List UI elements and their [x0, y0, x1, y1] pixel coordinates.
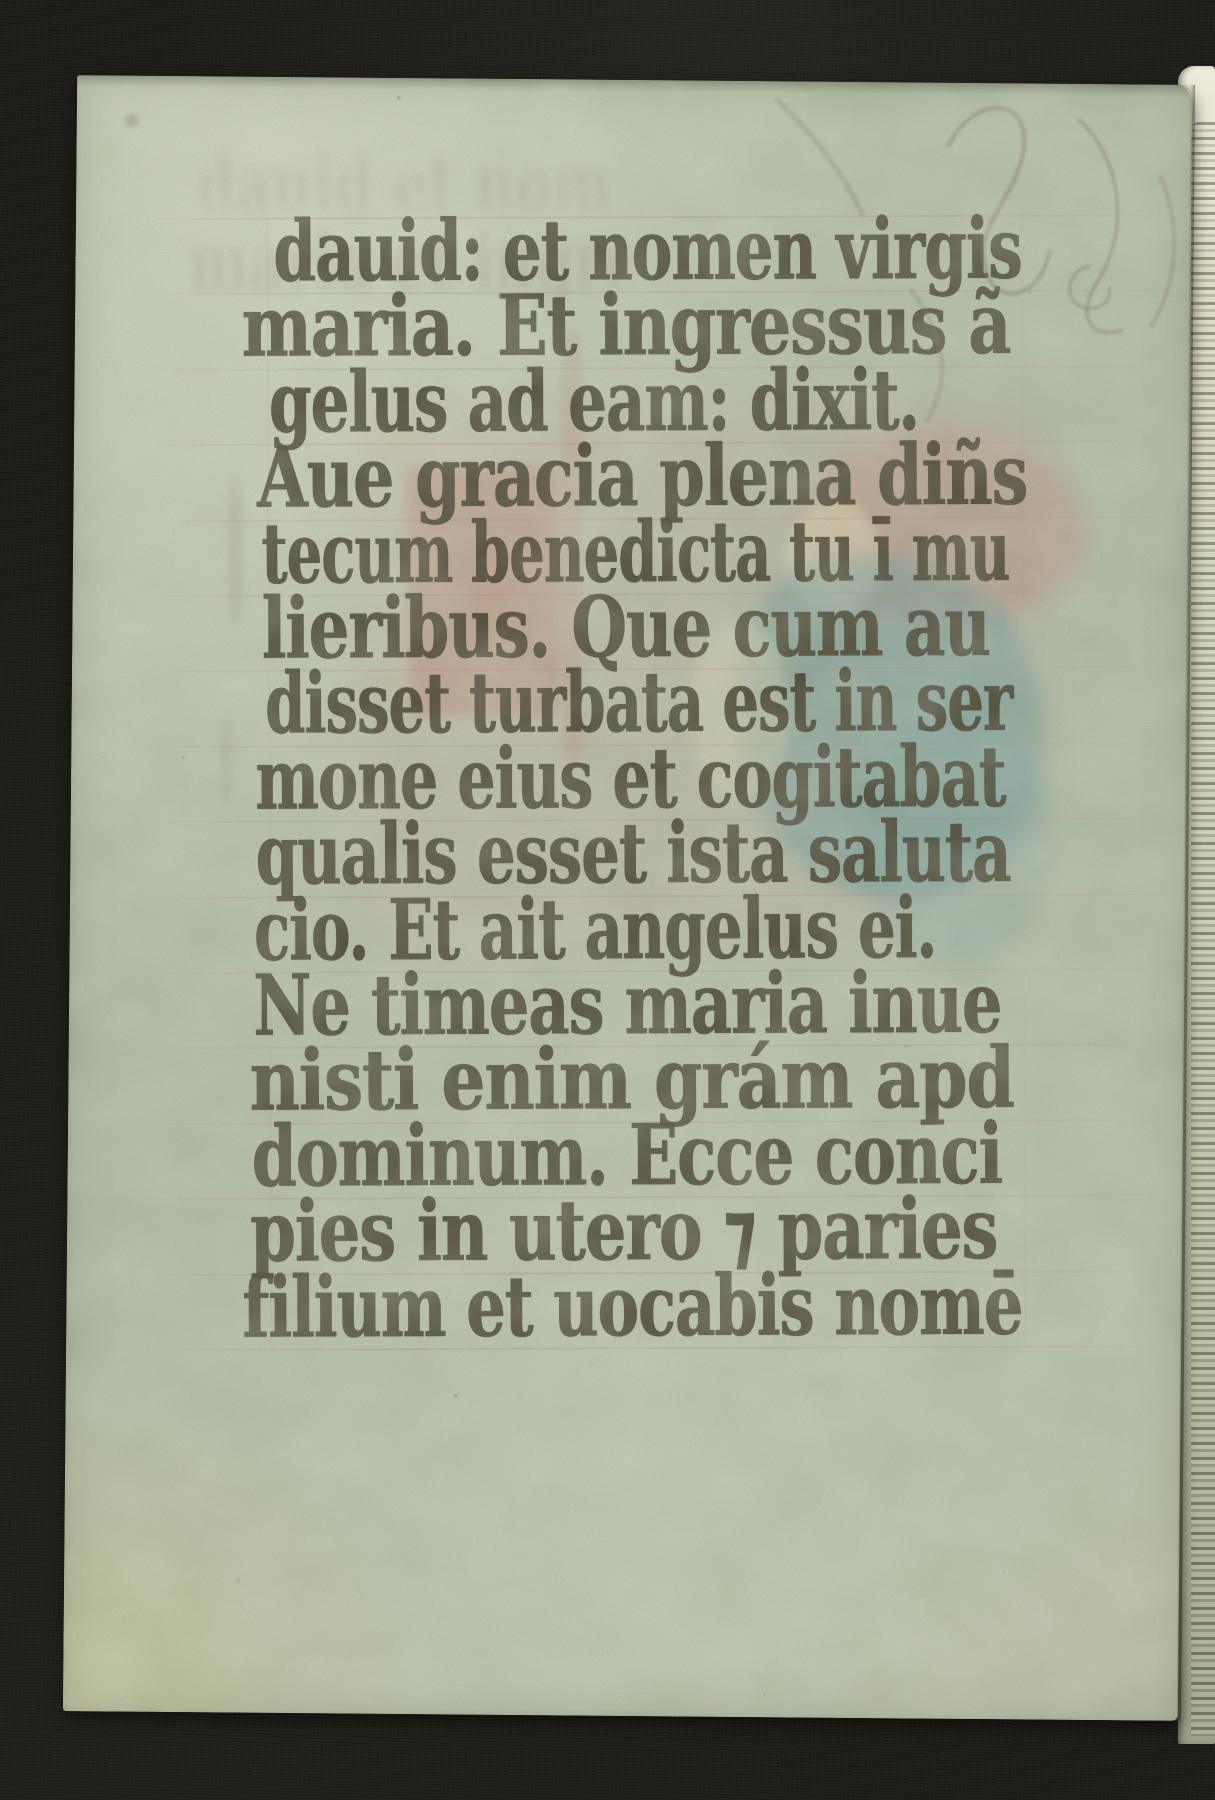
vellum-page: dauid et nommaria et ingre dauid: et nom…: [63, 75, 1192, 1721]
stain-speck: [181, 756, 184, 759]
stain-speck: [692, 1226, 696, 1230]
ink-smudge: [227, 474, 244, 624]
margin-rule: [1020, 215, 1026, 1346]
stain-speck: [125, 114, 139, 128]
manuscript-text-line: filium et uocabis nomē: [242, 1265, 1022, 1346]
foreedge-page-streaks: [1191, 122, 1215, 1736]
stain-speck: [397, 96, 401, 100]
writing-layer: dauid et nommaria et ingre dauid: et nom…: [68, 78, 1189, 1718]
stain-speck: [1028, 291, 1031, 294]
stain-speck: [905, 1044, 908, 1047]
manuscript-photograph: dauid et nommaria et ingre dauid: et nom…: [0, 0, 1215, 1800]
stain-speck: [338, 235, 343, 240]
ink-smudge: [220, 718, 232, 808]
stain-speck: [763, 1693, 766, 1696]
stain-speck: [236, 1579, 240, 1583]
stain-speck: [454, 1394, 458, 1398]
